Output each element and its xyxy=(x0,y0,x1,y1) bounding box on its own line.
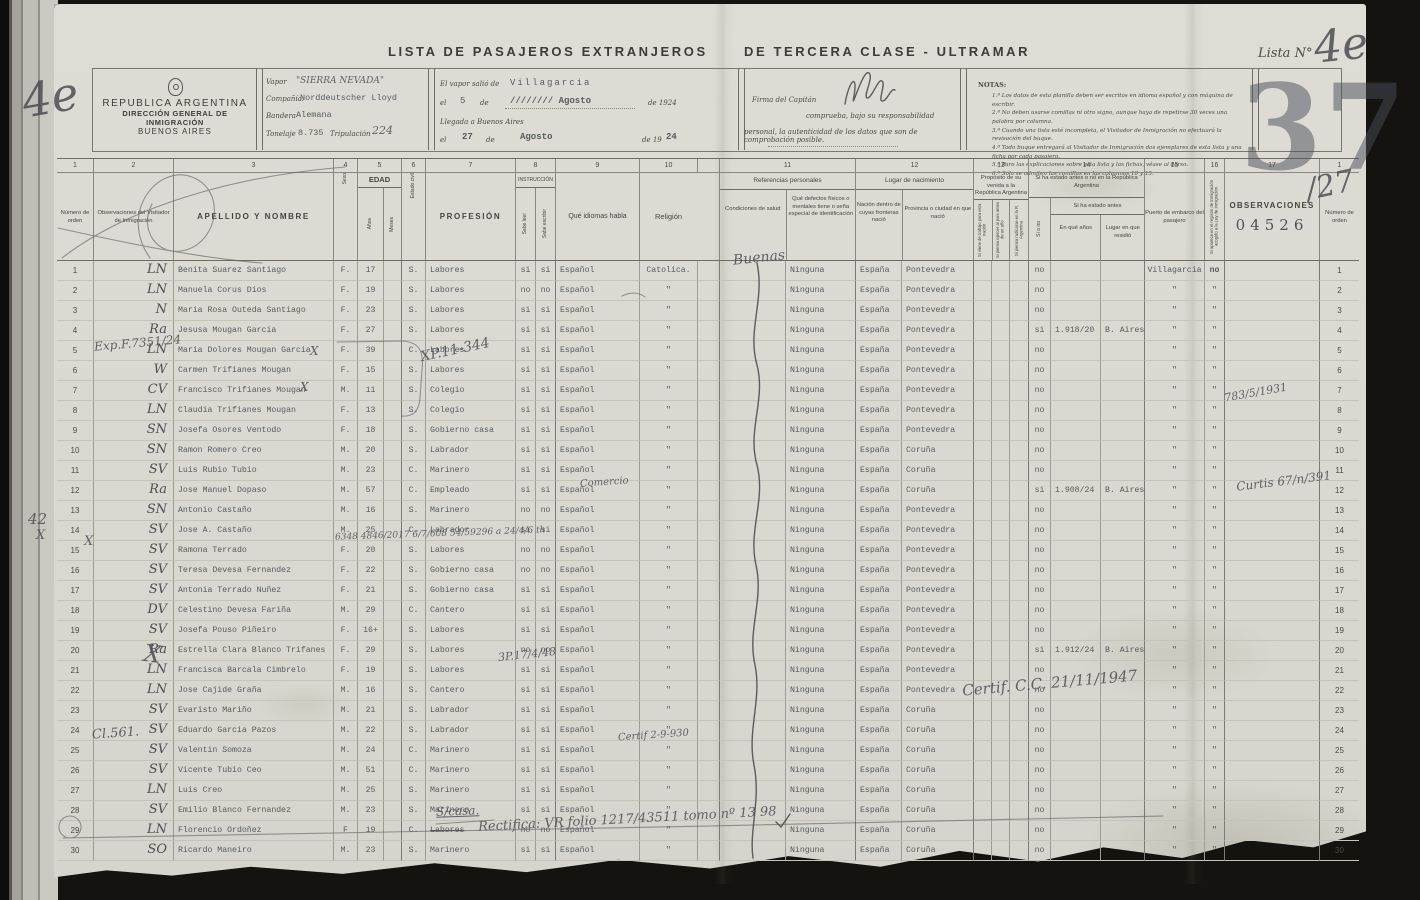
cell-c16: " xyxy=(1204,321,1224,341)
cell-salud xyxy=(719,401,785,421)
cell-puerto: " xyxy=(1144,841,1204,861)
page-title-left: LISTA DE PASAJEROS EXTRANJEROS xyxy=(388,44,708,59)
cell-prov: Pontevedra xyxy=(901,361,973,381)
cell-obs17 xyxy=(1224,781,1319,801)
cell-p13a xyxy=(973,781,991,801)
cell-antes_anos xyxy=(1050,501,1100,521)
cell-idioma: Español xyxy=(555,301,639,321)
cell-c16: " xyxy=(1204,481,1224,501)
cell-obs17 xyxy=(1224,641,1319,661)
cell-leer: si xyxy=(515,401,535,421)
cell-rel: " xyxy=(639,741,697,761)
cell-sex: F. xyxy=(333,401,357,421)
cell-sex: M. xyxy=(333,481,357,501)
cell-civil: C. xyxy=(401,761,425,781)
cell-defectos: Ninguna xyxy=(785,441,855,461)
cell-idioma: Español xyxy=(555,401,639,421)
cell-name: Jose A. Castaño xyxy=(173,521,333,541)
cell-antes: no xyxy=(1028,301,1050,321)
column-number: 3 xyxy=(173,159,333,172)
cell-vis: SV xyxy=(93,701,173,721)
cell-esc: si xyxy=(535,461,555,481)
cell-p13c xyxy=(1009,321,1028,341)
cell-idioma: Español xyxy=(555,561,639,581)
cell-anos: 24 xyxy=(357,741,383,761)
col-si-o-no: Sí o no xyxy=(1037,221,1043,237)
cell-c16: " xyxy=(1204,601,1224,621)
cell-n2: 14 xyxy=(1319,521,1359,541)
column-number: 9 xyxy=(555,159,639,172)
cell-nacion: España xyxy=(855,421,901,441)
cell-p13c xyxy=(1009,261,1028,281)
cell-nacion: España xyxy=(855,761,901,781)
cell-p13c xyxy=(1009,821,1028,841)
cell-idioma: Español xyxy=(555,441,639,461)
cell-vis: Ra xyxy=(93,481,173,501)
cell-salud xyxy=(719,581,785,601)
cell-civil: S. xyxy=(401,281,425,301)
cell-esc: no xyxy=(535,541,555,561)
cell-vis: DV xyxy=(93,601,173,621)
cell-puerto: " xyxy=(1144,321,1204,341)
cell-vis: LN xyxy=(93,661,173,681)
cell-anos: 19 xyxy=(357,661,383,681)
cell-spacer xyxy=(697,481,719,501)
cell-n2: 12 xyxy=(1319,481,1359,501)
cell-obs17 xyxy=(1224,321,1319,341)
cell-obs17 xyxy=(1224,301,1319,321)
cell-idioma: Español xyxy=(555,701,639,721)
cell-c16: " xyxy=(1204,421,1224,441)
cell-antes_anos xyxy=(1050,301,1100,321)
cell-spacer xyxy=(697,401,719,421)
cell-name: Vicente Tubio Ceo xyxy=(173,761,333,781)
cell-prov: Pontevedra xyxy=(901,261,973,281)
cell-rel: " xyxy=(639,621,697,641)
cell-salud xyxy=(719,621,785,641)
cell-antes_lugar xyxy=(1100,381,1144,401)
cell-anos: 19 xyxy=(357,281,383,301)
cell-meses xyxy=(383,281,401,301)
cell-esc: si xyxy=(535,681,555,701)
cell-name: Benita Suarez Santiago xyxy=(173,261,333,281)
col-edad: EDAD xyxy=(358,173,401,188)
cell-anos: 19 xyxy=(357,821,383,841)
cell-spacer xyxy=(697,521,719,541)
cell-obs17 xyxy=(1224,701,1319,721)
cell-puerto: " xyxy=(1144,441,1204,461)
cell-antes_anos xyxy=(1050,721,1100,741)
compania-value: Norddeutscher Lloyd xyxy=(300,93,397,103)
cell-idioma: Español xyxy=(555,621,639,641)
cell-prov: Pontevedra xyxy=(901,661,973,681)
cell-salud xyxy=(719,781,785,801)
note-item: 3.ª Cuando una lista esté incompleta, el… xyxy=(992,127,1246,144)
cell-name: Luis Creo xyxy=(173,781,333,801)
cell-antes_anos: 1.912/24 xyxy=(1050,641,1100,661)
cell-idioma: Español xyxy=(555,741,639,761)
cell-prov: Coruña xyxy=(901,441,973,461)
cell-antes_anos xyxy=(1050,621,1100,641)
cell-sex: M. xyxy=(333,461,357,481)
cell-defectos: Ninguna xyxy=(785,401,855,421)
cell-idioma: Español xyxy=(555,601,639,621)
cell-vis: CV xyxy=(93,381,173,401)
cell-obs17 xyxy=(1224,721,1319,741)
cell-antes_anos xyxy=(1050,841,1100,861)
cell-esc: si xyxy=(535,761,555,781)
cell-sex: F. xyxy=(333,281,357,301)
cell-p13b xyxy=(991,761,1009,781)
cell-esc: si xyxy=(535,741,555,761)
col-religion: Religión xyxy=(655,212,682,221)
cell-civil: S. xyxy=(401,781,425,801)
salio-month: //////// Agosto xyxy=(510,96,591,106)
cell-meses xyxy=(383,401,401,421)
cell-antes: no xyxy=(1028,361,1050,381)
cell-n: 30 xyxy=(57,841,93,861)
cell-antes_lugar xyxy=(1100,441,1144,461)
tripulacion-label: Tripulación xyxy=(330,130,371,138)
rule xyxy=(768,146,898,147)
cell-p13b xyxy=(991,581,1009,601)
cell-defectos: Ninguna xyxy=(785,841,855,861)
cell-n2: 6 xyxy=(1319,361,1359,381)
column-number: 12 xyxy=(855,159,973,172)
cell-p13a xyxy=(973,601,991,621)
cell-meses xyxy=(383,501,401,521)
cell-vis: SV xyxy=(93,801,173,821)
cell-prof: Labores xyxy=(425,621,515,641)
cell-p13a xyxy=(973,841,991,861)
cell-p13a xyxy=(973,541,991,561)
cell-anos: 16 xyxy=(357,501,383,521)
cell-puerto: " xyxy=(1144,301,1204,321)
cell-antes: no xyxy=(1028,741,1050,761)
cell-n2: 26 xyxy=(1319,761,1359,781)
cell-rel: " xyxy=(639,401,697,421)
cell-antes_lugar: B. Aires xyxy=(1100,481,1144,501)
col-ha-estado: Si ha estado antes xyxy=(1051,198,1144,215)
cell-esc: si xyxy=(535,301,555,321)
cell-vis: LN xyxy=(93,821,173,841)
cell-p13c xyxy=(1009,741,1028,761)
column-number: 2 xyxy=(93,159,173,172)
cell-nacion: España xyxy=(855,601,901,621)
cell-p13a xyxy=(973,641,991,661)
salio-year: de 1924 xyxy=(648,99,677,107)
cell-antes_anos xyxy=(1050,801,1100,821)
column-number: 15 xyxy=(1144,159,1204,172)
cell-n: 17 xyxy=(57,581,93,601)
cell-spacer xyxy=(697,581,719,601)
cell-prov: Pontevedra xyxy=(901,301,973,321)
cell-defectos: Ninguna xyxy=(785,321,855,341)
cell-puerto: " xyxy=(1144,641,1204,661)
cell-p13a xyxy=(973,381,991,401)
cell-prof: Marinero xyxy=(425,761,515,781)
column-number: 16 xyxy=(1204,159,1224,172)
cell-n2: 8 xyxy=(1319,401,1359,421)
cell-salud xyxy=(719,721,785,741)
cell-n2: 30 xyxy=(1319,841,1359,861)
cell-n2: 20 xyxy=(1319,641,1359,661)
cell-salud xyxy=(719,701,785,721)
cell-salud xyxy=(719,521,785,541)
cell-n2: 7 xyxy=(1319,381,1359,401)
cell-anos: 11 xyxy=(357,381,383,401)
cell-prov: Coruña xyxy=(901,461,973,481)
cell-n2: 18 xyxy=(1319,601,1359,621)
cell-meses xyxy=(383,821,401,841)
cell-vis: LN xyxy=(93,401,173,421)
cell-antes_lugar xyxy=(1100,601,1144,621)
cell-spacer xyxy=(697,841,719,861)
cell-p13b xyxy=(991,841,1009,861)
cell-nacion: España xyxy=(855,301,901,321)
cell-idioma: Español xyxy=(555,381,639,401)
cell-sex: M. xyxy=(333,601,357,621)
cell-idioma: Español xyxy=(555,501,639,521)
cell-antes_anos xyxy=(1050,401,1100,421)
cell-spacer xyxy=(697,501,719,521)
cell-sex: F. xyxy=(333,541,357,561)
cell-puerto: " xyxy=(1144,721,1204,741)
cell-vis: W xyxy=(93,361,173,381)
cell-anos: 21 xyxy=(357,701,383,721)
col-instruccion: INSTRUCCIÓN xyxy=(516,173,555,188)
cell-antes: no xyxy=(1028,381,1050,401)
cell-esc: si xyxy=(535,361,555,381)
col-obs-visitador: Observaciones del Visitador de Inmigraci… xyxy=(94,208,173,225)
cell-antes_anos xyxy=(1050,701,1100,721)
cell-antes: no xyxy=(1028,521,1050,541)
cell-nacion: España xyxy=(855,521,901,541)
cell-sex: M. xyxy=(333,841,357,861)
cell-p13b xyxy=(991,361,1009,381)
bandera-value: Alemana xyxy=(296,110,332,120)
cell-rel: " xyxy=(639,661,697,681)
cell-defectos: Ninguna xyxy=(785,581,855,601)
col-meses: Meses xyxy=(390,217,396,232)
cell-civil: S. xyxy=(401,681,425,701)
cell-esc: si xyxy=(535,701,555,721)
cell-leer: no xyxy=(515,281,535,301)
col-sabe-leer: Sabe leer xyxy=(523,213,529,234)
cell-obs17 xyxy=(1224,581,1319,601)
table-row: 24SVEduardo Garcia PazosM.22S.Labradorsi… xyxy=(57,721,1359,741)
firma-label: Firma del Capitán xyxy=(752,96,816,104)
cell-obs17 xyxy=(1224,661,1319,681)
cell-meses xyxy=(383,321,401,341)
cell-civil: S. xyxy=(401,701,425,721)
notes-label: NOTAS: xyxy=(978,81,1006,89)
cell-leer: si xyxy=(515,441,535,461)
cell-spacer xyxy=(697,741,719,761)
cell-leer: si xyxy=(515,601,535,621)
table-row: 13SNAntonio CastañoM.16S.MarinerononoEsp… xyxy=(57,501,1359,521)
cell-n2: 25 xyxy=(1319,741,1359,761)
cell-c16: " xyxy=(1204,641,1224,661)
cell-nacion: España xyxy=(855,361,901,381)
cell-civil: S. xyxy=(401,661,425,681)
cell-p13b xyxy=(991,401,1009,421)
cell-rel: " xyxy=(639,641,697,661)
cell-nacion: España xyxy=(855,501,901,521)
cell-sex: M. xyxy=(333,761,357,781)
column-number: 13 xyxy=(973,159,1028,172)
col-nacion: Nación dentro de cuyas fronteras nació xyxy=(856,190,902,225)
handwritten-note: S/casa. xyxy=(436,803,480,819)
cell-p13a xyxy=(973,301,991,321)
cell-rel: " xyxy=(639,461,697,481)
cell-esc: si xyxy=(535,341,555,361)
handwritten-note: 4e xyxy=(18,66,83,129)
cell-esc: no xyxy=(535,281,555,301)
cell-p13a xyxy=(973,281,991,301)
cell-defectos: Ninguna xyxy=(785,541,855,561)
cell-p13a xyxy=(973,481,991,501)
cell-p13c xyxy=(1009,381,1028,401)
cell-sex: M. xyxy=(333,441,357,461)
cell-defectos: Ninguna xyxy=(785,501,855,521)
cell-antes_anos xyxy=(1050,381,1100,401)
cell-antes_lugar xyxy=(1100,761,1144,781)
cell-c16: " xyxy=(1204,541,1224,561)
cell-antes_anos xyxy=(1050,461,1100,481)
cell-antes_anos xyxy=(1050,741,1100,761)
col-provincia: Provincia o ciudad en que nació xyxy=(903,190,973,221)
cell-rel: " xyxy=(639,421,697,441)
cell-spacer xyxy=(697,281,719,301)
cell-obs17 xyxy=(1224,441,1319,461)
cell-antes_lugar xyxy=(1100,461,1144,481)
cell-meses xyxy=(383,621,401,641)
cell-civil: S. xyxy=(401,381,425,401)
cell-salud xyxy=(719,641,785,661)
cell-antes: no xyxy=(1028,561,1050,581)
cell-meses xyxy=(383,341,401,361)
org-block: REPUBLICA ARGENTINA DIRECCIÓN GENERAL DE… xyxy=(96,98,254,136)
cell-prof: Marinero xyxy=(425,781,515,801)
cell-nacion: España xyxy=(855,841,901,861)
col-proposito-a: Si viene de trabajo para esta nación xyxy=(978,200,987,260)
cell-antes_anos xyxy=(1050,581,1100,601)
cell-p13a xyxy=(973,501,991,521)
cell-name: Estrella Clara Blanco Trifanes xyxy=(173,641,333,661)
cell-c16: " xyxy=(1204,301,1224,321)
column-numbers-row: 12345678910111213141516171 xyxy=(57,159,1359,173)
cell-meses xyxy=(383,841,401,861)
cell-defectos: Ninguna xyxy=(785,621,855,641)
cell-antes_lugar xyxy=(1100,521,1144,541)
cell-prof: Labores xyxy=(425,261,515,281)
col-orden-right: Número de orden xyxy=(1320,208,1359,225)
cell-esc: si xyxy=(535,601,555,621)
cell-antes_lugar xyxy=(1100,821,1144,841)
cell-sex: F. xyxy=(333,581,357,601)
table-row: 27LNLuis CreoM.25S.MarinerosisiEspañol"N… xyxy=(57,781,1359,801)
cell-nacion: España xyxy=(855,281,901,301)
cell-antes_lugar xyxy=(1100,281,1144,301)
column-number: 7 xyxy=(425,159,515,172)
cell-nacion: España xyxy=(855,781,901,801)
org-line1: REPUBLICA ARGENTINA xyxy=(96,98,254,109)
cell-salud xyxy=(719,421,785,441)
cell-sex: M. xyxy=(333,781,357,801)
cell-p13c xyxy=(1009,781,1028,801)
cell-vis: SV xyxy=(93,761,173,781)
cell-spacer xyxy=(697,561,719,581)
cell-puerto: " xyxy=(1144,341,1204,361)
llegada-month: Agosto xyxy=(520,132,552,142)
cell-leer: si xyxy=(515,741,535,761)
cell-obs17 xyxy=(1224,521,1319,541)
cell-rel: " xyxy=(639,781,697,801)
cell-meses xyxy=(383,581,401,601)
cell-prof: Colegio xyxy=(425,381,515,401)
cell-idioma: Español xyxy=(555,261,639,281)
cell-p13b xyxy=(991,261,1009,281)
table-row: 10SNRamon Romero CreoM.20S.LabradorsisiE… xyxy=(57,441,1359,461)
cell-p13b xyxy=(991,601,1009,621)
cell-antes_lugar xyxy=(1100,401,1144,421)
cell-anos: 21 xyxy=(357,581,383,601)
cell-p13b xyxy=(991,541,1009,561)
cell-anos: 23 xyxy=(357,301,383,321)
cell-sex: M. xyxy=(333,381,357,401)
cell-spacer xyxy=(697,441,719,461)
cell-name: Carmen Trifianes Mougan xyxy=(173,361,333,381)
cell-n2: 13 xyxy=(1319,501,1359,521)
divider xyxy=(428,68,435,150)
cell-name: Jose Manuel Dopaso xyxy=(173,481,333,501)
cell-n: 10 xyxy=(57,441,93,461)
cell-antes_anos xyxy=(1050,561,1100,581)
cell-puerto: " xyxy=(1144,601,1204,621)
cell-salud xyxy=(719,461,785,481)
cell-c16: " xyxy=(1204,741,1224,761)
cell-obs17 xyxy=(1224,821,1319,841)
cell-prof: Labores xyxy=(425,541,515,561)
cell-salud xyxy=(719,761,785,781)
cell-leer: si xyxy=(515,701,535,721)
cell-sex: F. xyxy=(333,261,357,281)
cell-meses xyxy=(383,301,401,321)
cell-anos: 22 xyxy=(357,721,383,741)
cell-prof: Labrador xyxy=(425,721,515,741)
cell-p13c xyxy=(1009,761,1028,781)
cell-name: Jose Cajide Graña xyxy=(173,681,333,701)
cell-defectos: Ninguna xyxy=(785,721,855,741)
cell-antes: no xyxy=(1028,341,1050,361)
cell-idioma: Español xyxy=(555,421,639,441)
cell-puerto: " xyxy=(1144,621,1204,641)
cell-p13a xyxy=(973,361,991,381)
cell-puerto: " xyxy=(1144,701,1204,721)
cell-n2: 17 xyxy=(1319,581,1359,601)
cell-sex: F xyxy=(333,821,357,841)
cell-prov: Pontevedra xyxy=(901,541,973,561)
cell-idioma: Español xyxy=(555,761,639,781)
cell-civil: S. xyxy=(401,301,425,321)
cell-salud xyxy=(719,661,785,681)
cell-leer: si xyxy=(515,421,535,441)
cell-vis: SN xyxy=(93,421,173,441)
llegada-year-label: de 19 xyxy=(642,136,662,144)
table-row: 2LNManuela Corus DiosF.19S.LaboresnonoEs… xyxy=(57,281,1359,301)
cell-c16: " xyxy=(1204,581,1224,601)
